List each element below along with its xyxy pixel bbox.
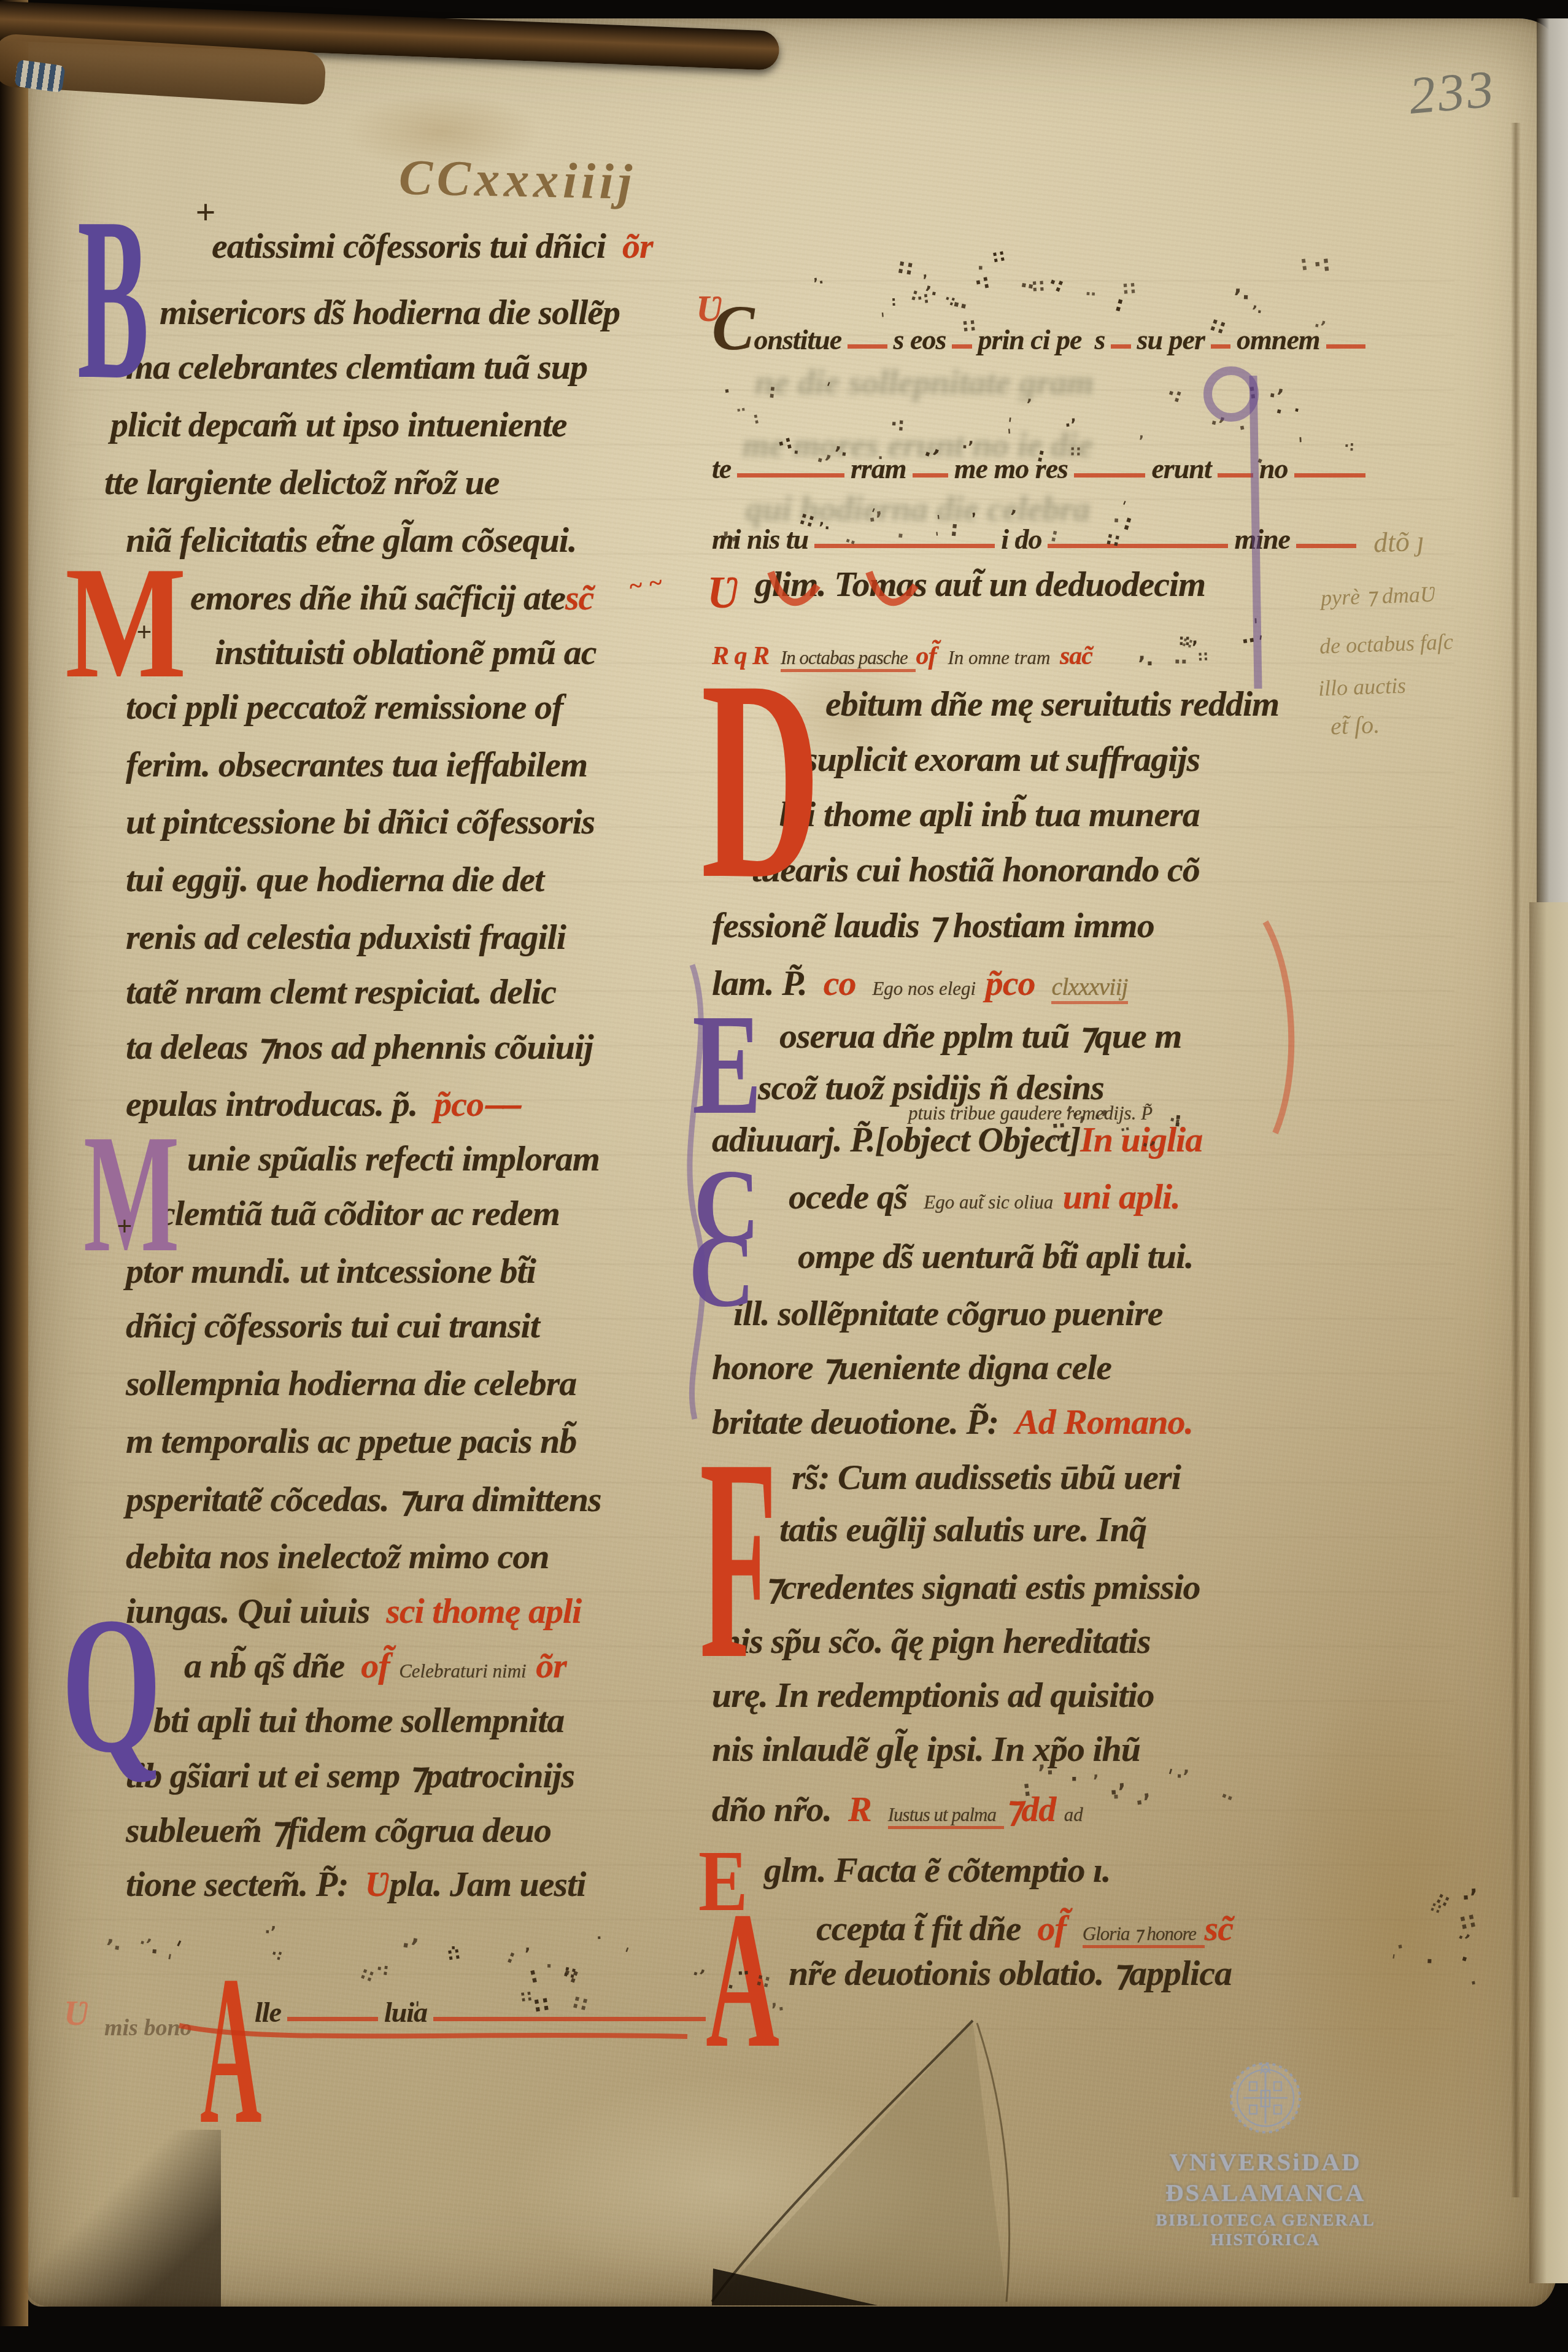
neume-cluster: ʼ <box>1092 1772 1099 1790</box>
neume-cluster: :: <box>519 1986 534 2006</box>
text-line-col2: suplicit exoram ut suffragijs <box>804 738 1200 779</box>
body-text: ma celebrantes clemtiam tuã sup <box>126 346 587 387</box>
neume-cluster: :: <box>1070 442 1082 459</box>
initial-A-alleluia: A <box>200 1971 262 2130</box>
rubric-text: uni apli. <box>1063 1176 1180 1217</box>
body-text: unie spũalis refecti imploram <box>187 1138 600 1179</box>
text-line-col1: ta deleas ⁊nos ad phennis cõuiuij <box>126 1026 593 1067</box>
text-line-col1: emores dñe ihũ sac̃ficij atesc̃ <box>190 577 593 618</box>
text-line-col2: tatis eug̃lij salutis ure. Inq̃ <box>779 1509 1146 1550</box>
text-line-col2: nr̃e deuotionis oblatio. ⁊applica <box>789 1952 1232 1994</box>
body-text: a nb̃ qs̃ dñe <box>184 1645 361 1686</box>
text-line-col1: subleuem̃ ⁊fidem cõgrua deuo <box>126 1809 551 1851</box>
text-line-col1: instituisti oblationẽ pmũ ac <box>215 632 596 673</box>
text-line-col1: ferim. obsecrantes tua ieffabilem <box>126 744 587 785</box>
body-text: ebitum dñe mę seruitutis reddim <box>825 683 1279 724</box>
body-text: ⁊credentes signati estis pmissio <box>764 1566 1200 1607</box>
book-spine-edge <box>0 0 28 2326</box>
text-line-col1: a nb̃ qs̃ dñe of̃ Celebraturi nimi õr <box>184 1645 566 1686</box>
neume-cluster: :: <box>1197 648 1209 665</box>
text-line-col1: debita nos inelectoz̃ mimo con <box>126 1536 549 1577</box>
page-edge-under <box>1529 902 1568 2283</box>
versicle-mark-faded: Ʋ <box>64 1992 89 2033</box>
neume-cluster: ˈ <box>414 1998 420 2021</box>
neume-cluster: · <box>878 449 884 466</box>
text-line-col1: toci ppli peccatoz̃ remissione of <box>126 686 563 727</box>
text-line-col1: psperitatẽ cõcedas. ⁊ura dimittens <box>126 1478 601 1520</box>
red-staff-line <box>1111 344 1130 349</box>
faded-lyric: mis bono <box>104 2014 192 2041</box>
neume-cluster: ·: <box>1312 251 1332 278</box>
rubric-text: õr <box>536 1645 566 1686</box>
neume-cluster: ·ʼ <box>1093 1106 1108 1129</box>
body-text: tione sectem̃. P̃: <box>126 1863 365 1905</box>
text-line-col2: lam. P̃. co Ego nos elegi p̃co clxxxviij <box>712 962 1128 1004</box>
rubric-text: sci thomę apli <box>386 1590 581 1631</box>
neume-cluster: ʼ· <box>818 519 830 537</box>
body-text: ta deleas ⁊nos ad phennis cõuiuij <box>126 1026 593 1067</box>
body-text: Iustus ut palma <box>888 1804 1005 1829</box>
stamp-line-3: BIBLIOTECA GENERAL HISTÓRICA <box>1121 2211 1410 2250</box>
red-staff-line <box>1326 344 1365 349</box>
neume-cluster: ‥ <box>736 1957 750 1979</box>
text-line-col2: oserua dñe pplm tuũ ⁊que m <box>779 1015 1181 1056</box>
body-text: renis ad celestia pduxisti fragili <box>126 916 566 957</box>
body-text: Celebraturi nimi <box>390 1660 536 1682</box>
text-line-col2: ccepta t̃ fit dñe of̃ Gloria ⁊ honore sc… <box>816 1908 1233 1949</box>
body-text: clemtiã tuã cõditor ac redem <box>160 1193 560 1234</box>
body-text: glim. Tomas aut̃ un deduodecim <box>755 563 1205 605</box>
initial-B-beatissimi: B <box>77 212 149 385</box>
neume-cluster: ˈ <box>1297 435 1304 456</box>
body-text: onstitue <box>754 323 841 356</box>
body-text: ad <box>1064 1804 1083 1826</box>
body-text: pla. Jam uesti <box>390 1863 586 1905</box>
body-text: erunt <box>1151 452 1211 485</box>
initial-Q-qua: Q <box>61 1613 161 1757</box>
text-line-col1: eatissimi cõfessoris tui dñici õr <box>212 225 652 266</box>
text-line-col1: ma celebrantes clemtiam tuã sup <box>126 346 587 387</box>
red-staff-line <box>814 544 995 548</box>
body-text: ill. sollẽpnitate cõgruo puenire <box>733 1293 1163 1334</box>
body-text: nis sp̃u sc̃o. q̃ę pign hereditatis <box>721 1620 1151 1661</box>
rubric-text: õr <box>622 225 653 266</box>
red-staff-line <box>848 344 887 349</box>
red-staff-line <box>1074 473 1145 478</box>
body-text: prin ci pe <box>978 323 1082 356</box>
neume-cluster: ʼ· <box>721 527 740 553</box>
text-line-col1: plicit depcam̃ ut ipso intueniente <box>110 404 567 445</box>
body-text: suplicit exoram ut suffragijs <box>804 738 1200 779</box>
rubric-text: sc̃ <box>565 577 593 618</box>
body-text: sollempnia hodierna die celebra <box>126 1363 576 1404</box>
stamp-line-1: VNiVERSiDAD <box>1121 2147 1410 2176</box>
body-text: Gloria ⁊ honore <box>1083 1923 1205 1948</box>
library-stamp: VNiVERSiDAD ÐSALAMANCA BIBLIOTECA GENERA… <box>1121 2055 1410 2250</box>
body-text: honore ⁊ueniente digna cele <box>712 1346 1111 1388</box>
rubric-text: Ad Romano. <box>1015 1401 1193 1442</box>
text-line-col2: ompe ds̃ uenturã bt̃i apli tui. <box>798 1236 1194 1277</box>
body-text: su per <box>1137 323 1205 356</box>
neume-cluster: ·ʼ <box>264 1923 276 1941</box>
body-text: glm. Facta ẽ cõtemptio ı. <box>764 1849 1111 1890</box>
initial-D-debitum: D <box>701 674 821 886</box>
body-text: s eos <box>894 323 946 356</box>
text-line-col1: unie spũalis refecti imploram <box>187 1138 600 1179</box>
manuscript-photo: CCxxxiiij 233 eatissimi cõfessoris tui d… <box>0 0 1568 2352</box>
red-staff-line <box>1218 473 1253 478</box>
red-staff-line <box>913 473 948 478</box>
text-line-col1: m temporalis ac ppetue pacis nb̃ <box>126 1420 576 1461</box>
text-line-col2: ⁊credentes signati estis pmissio <box>764 1566 1200 1607</box>
body-text: tib gs̃iari ut ei semp ⁊patrocinijs <box>126 1754 574 1796</box>
neume-cluster: ʼ <box>1138 433 1145 449</box>
body-text: tatẽ nram clemt respiciat. delic <box>126 971 556 1012</box>
body-text: plicit depcam̃ ut ipso intueniente <box>110 404 567 445</box>
body-text: clxxxviij <box>1051 972 1127 1004</box>
neume-cluster: ·ʼ <box>1064 416 1078 435</box>
text-line-col1: dñicj cõfessoris tui cui transit <box>126 1305 539 1346</box>
rubric-text: ⁊dd <box>1004 1788 1064 1830</box>
body-text: nr̃e deuotionis oblatio. ⁊applica <box>789 1952 1232 1994</box>
body-text: [object Object] <box>875 1119 1080 1160</box>
text-line-col1: sollempnia hodierna die celebra <box>126 1363 576 1404</box>
cross-mark: + <box>117 1210 132 1242</box>
neume-cluster: ∙ <box>1070 1767 1078 1792</box>
margin-note-line: et̃ ſo. <box>1330 710 1380 741</box>
margin-note-line: illo auctis <box>1318 673 1406 702</box>
red-staff-line <box>1296 544 1356 548</box>
text-line-col1: tione sectem̃. P̃: Ʋpla. Jam uesti <box>126 1863 585 1905</box>
body-text: m temporalis ac ppetue pacis nb̃ <box>126 1420 576 1461</box>
body-text: mine <box>1234 523 1290 555</box>
neume-cluster: ·: <box>1343 439 1354 455</box>
text-line-col2: britate deuotione. P̃: Ad Romano. <box>712 1401 1193 1442</box>
neume-cluster: ‥ <box>1085 280 1097 300</box>
body-text: dño nr̃o. <box>712 1789 848 1830</box>
initial-E-conserua: E <box>692 1012 762 1119</box>
neume-cluster: ʼ· <box>1233 285 1250 311</box>
text-line-col2: ebitum dñe mę seruitutis reddim <box>825 683 1279 724</box>
body-text: ocede qs̃ <box>789 1176 924 1217</box>
neume-cluster: :: <box>960 314 978 336</box>
text-line-col2: ocede qs̃ Ego aut̃ sic oliua uni apli. <box>789 1176 1180 1217</box>
initial-C-compe: C <box>689 1232 755 1310</box>
neume-cluster: ˈ <box>1253 616 1259 637</box>
rubric-text: of̃ <box>1038 1908 1083 1949</box>
text-line-col1: renis ad celestia pduxisti fragili <box>126 916 566 957</box>
corner-shadow <box>25 2130 221 2307</box>
initial-F-fratres: F <box>700 1452 777 1666</box>
versicle-mark: Ʋ <box>696 287 723 331</box>
body-text: urę. In redemptionis ad quisitio <box>712 1674 1154 1716</box>
text-line-col2: glim. Tomas aut̃ un deduodecim <box>755 563 1205 605</box>
text-line-col1: ptor mundi. ut intcessione bt̃i <box>126 1250 536 1291</box>
body-text: ut pintcessione bi dñici cõfessoris <box>126 801 595 842</box>
body-text: te <box>712 452 731 485</box>
text-line-col1: bti apli tui thome sollempnita <box>153 1700 564 1741</box>
neume-cluster: ·ʼ <box>961 438 974 457</box>
text-line-col1: tui eggij. que hodierna die det <box>126 859 544 900</box>
red-staff-line <box>1294 473 1365 478</box>
text-line-col2: glm. Facta ẽ cõtemptio ı. <box>764 1849 1111 1890</box>
music-lyric-line: lleluia <box>255 1996 712 2029</box>
neume-cluster: ·ʼ <box>1134 1789 1153 1816</box>
neume-cluster: :: <box>1030 274 1046 296</box>
body-text: bti apli tui thome sollempnita <box>153 1700 564 1741</box>
red-staff-line <box>1211 344 1230 349</box>
body-text: Ego nos elegi <box>872 978 985 1000</box>
text-line-col1: epulas introducas. p̃. p̃co⎯⎯ <box>126 1083 518 1125</box>
text-line-col2: bt̃i thome apli inb̃ tua munera <box>779 794 1200 835</box>
rubric-text: Ʋ <box>365 1863 390 1905</box>
neume-cluster: ʼ· <box>770 1998 786 2020</box>
body-text: iungas. Qui uiuis <box>126 1590 386 1631</box>
text-line-col2: urę. In redemptionis ad quisitio <box>712 1674 1154 1716</box>
text-line-col2: rs̃: Cum audissetis ūbũ ueri <box>792 1456 1181 1498</box>
body-text: tte largiente delictoz̃ nr̃oz̃ ue <box>104 462 499 503</box>
page-crease <box>1511 123 1521 2197</box>
text-line-col2: nis inlaudẽ gl̃ę ipsi. In xp̃o ihũ <box>712 1728 1140 1770</box>
rubric-text: p̃co <box>986 962 1052 1004</box>
neume-cluster: ·: <box>916 288 930 308</box>
neume-cluster: ‥ <box>1050 1108 1066 1134</box>
red-staff-line <box>287 2017 378 2021</box>
neume-cluster: ∙ <box>1111 1785 1120 1809</box>
body-text: psperitatẽ cõcedas. ⁊ura dimittens <box>126 1478 601 1520</box>
red-staff-line <box>433 2017 706 2021</box>
rubric-text: sc̃ <box>1205 1908 1233 1949</box>
neume-cluster: ʼ· <box>1037 1761 1054 1786</box>
text-line-col2: nis sp̃u sc̃o. q̃ę pign hereditatis <box>721 1620 1151 1661</box>
cross-mark: + <box>136 616 152 648</box>
body-text: ompe ds̃ uenturã bt̃i apli tui. <box>798 1236 1194 1277</box>
body-text: scoz̃ tuoz̃ psidijs ñ desins <box>758 1067 1104 1108</box>
bleedthrough-text: ne die sollepnitate gram <box>755 363 1094 403</box>
versicle-mark: Ʋ <box>707 567 740 619</box>
cross-mark: + <box>195 191 215 233</box>
rubric-text: p̃co⎯⎯ <box>434 1083 518 1125</box>
body-text: Ego aut̃ sic oliua <box>924 1191 1062 1213</box>
text-line-col1: niã felicitatis et̃ne gl̃am cõsequi. <box>126 519 576 560</box>
stamp-line-2: ÐSALAMANCA <box>1121 2178 1410 2207</box>
music-lyric-line: Constitues eosprin ci pe ssu peromnem <box>712 323 1372 356</box>
text-line-col2: honore ⁊ueniente digna cele <box>712 1346 1111 1388</box>
initial-M-memores: M <box>65 563 187 683</box>
body-text: eatissimi cõfessoris tui dñici <box>212 225 622 266</box>
text-line-col1: tte largiente delictoz̃ nr̃oz̃ ue <box>104 462 499 503</box>
margin-note-line: dtõ ȷ <box>1373 525 1425 559</box>
body-text: nis inlaudẽ gl̃ę ipsi. In xp̃o ihũ <box>712 1728 1140 1770</box>
text-line-col1: clemtiã tuã cõditor ac redem <box>160 1193 560 1234</box>
university-seal-icon <box>1222 2055 1308 2141</box>
body-text: subleuem̃ ⁊fidem cõgrua deuo <box>126 1809 551 1851</box>
text-line-col1: ut pintcessione bi dñici cõfessoris <box>126 801 595 842</box>
body-text: toci ppli peccatoz̃ remissione of <box>126 686 563 727</box>
red-tilde-marks: ~ ~ <box>627 567 665 600</box>
neume-cluster: · <box>596 1930 603 1947</box>
body-text: bt̃i thome apli inb̃ tua munera <box>779 794 1200 835</box>
text-line-col1: misericors ds̃ hodierna die sollẽp <box>160 292 620 333</box>
rubric-text: sac̃ <box>1060 641 1092 671</box>
page-heading-roman-numeral: CCxxxiiij <box>398 149 636 211</box>
body-text: tui eggij. que hodierna die det <box>126 859 544 900</box>
body-text: tatis eug̃lij salutis ure. Inq̃ <box>779 1509 1146 1550</box>
neume-cluster: ∙ <box>1425 1949 1434 1974</box>
body-text: oserua dñe pplm tuũ ⁊que m <box>779 1015 1181 1056</box>
margin-note-line: pyrè ⁊ dmaƲ <box>1320 581 1435 611</box>
body-text: misericors ds̃ hodierna die sollẽp <box>160 292 620 333</box>
folio-number: 233 <box>1407 58 1498 126</box>
body-text: ccepta t̃ fit dñe <box>816 1908 1038 1949</box>
neume-cluster: ʼ· <box>833 443 849 465</box>
rubric-text: R <box>848 1789 888 1830</box>
body-text: emores dñe ihũ sac̃ficij ate <box>190 577 565 618</box>
neume-cluster: :: <box>531 1990 552 2017</box>
body-text: niã felicitatis et̃ne gl̃am cõsequi. <box>126 519 576 560</box>
body-text: instituisti oblationẽ pmũ ac <box>215 632 596 673</box>
body-text: dñicj cõfessoris tui cui transit <box>126 1305 539 1346</box>
body-text: luia <box>384 1996 427 2029</box>
body-text: omnem <box>1237 323 1320 356</box>
text-line-col2: scoz̃ tuoz̃ psidijs ñ desins <box>758 1067 1104 1108</box>
neume-cluster: · <box>545 1955 552 1976</box>
neume-cluster: ʼ· <box>1138 652 1154 676</box>
red-staff-line <box>737 473 844 478</box>
red-staff-line <box>952 344 971 349</box>
text-line-col1: iungas. Qui uiuis sci thomę apli <box>126 1590 581 1631</box>
margin-note-line: de octabus faſc <box>1319 629 1453 659</box>
rubric-text: co <box>824 962 873 1004</box>
text-line-col1: tatẽ nram clemt respiciat. delic <box>126 971 556 1012</box>
red-staff-line <box>1048 544 1228 548</box>
neume-cluster: ʼ <box>524 1945 531 1963</box>
page-edges-right <box>1537 18 1568 902</box>
rubric-text: of̃ <box>916 641 948 671</box>
body-text: ptor mundi. ut intcessione bt̃i <box>126 1250 536 1291</box>
body-text: s <box>1081 323 1105 356</box>
neume-cluster: : <box>890 294 897 309</box>
neume-cluster: ·ʼ <box>1175 1766 1189 1787</box>
body-text: ferim. obsecrantes tua ieffabilem <box>126 744 587 785</box>
body-text: rs̃: Cum audissetis ūbũ ueri <box>792 1456 1181 1498</box>
rubric-text: of̃ <box>361 1645 389 1686</box>
body-text: In omne tram <box>948 647 1060 669</box>
neume-cluster: ·: <box>375 1959 390 1979</box>
text-line-col1: tib gs̃iari ut ei semp ⁊patrocinijs <box>126 1754 574 1796</box>
neume-cluster: ·: <box>890 413 906 436</box>
text-line-col2: ill. sollẽpnitate cõgruo puenire <box>733 1293 1163 1334</box>
body-text: debita nos inelectoz̃ mimo con <box>126 1536 549 1577</box>
